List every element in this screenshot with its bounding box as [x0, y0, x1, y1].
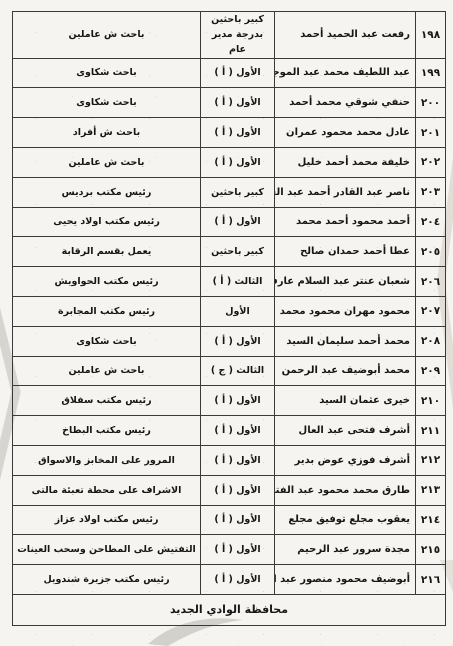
grade-cell: الأول ( أ ) [201, 207, 275, 237]
position-cell: المرور على المخابز والاسواق [13, 445, 201, 475]
employee-name-cell: محمود مهران محمود محمد [275, 296, 416, 326]
employee-name-cell: عادل محمد محمود عمران [275, 118, 416, 148]
scanned-document-page: { "table": { "rows": [ {"no":"١٩٨","name… [0, 0, 453, 646]
table-row: ٢٠٦شعبان عنتر عبد السلام عارفالثالث ( أ … [13, 267, 446, 297]
grade-cell: الأول ( أ ) [201, 535, 275, 565]
table-footer-row: محافظة الوادي الجديد [13, 594, 446, 625]
grade-cell: الأول ( أ ) [201, 326, 275, 356]
position-cell: التفتيش على المطاحن وسحب العينات [13, 535, 201, 565]
table-row: ٢٠٢خليفة محمد أحمد خليلالأول ( أ )باحث ش… [13, 147, 446, 177]
grade-cell: كبير باحثينبدرجة مدير عام [201, 12, 275, 59]
table-row: ٢٠٧محمود مهران محمود محمدالأولرئيس مكتب … [13, 296, 446, 326]
position-cell: رئيس مكتب الحواويش [13, 267, 201, 297]
serial-number-cell: ٢١٠ [416, 386, 446, 416]
serial-number-cell: ٢٠٢ [416, 147, 446, 177]
grade-cell: الأول ( أ ) [201, 505, 275, 535]
serial-number-cell: ٢٠٦ [416, 267, 446, 297]
table-row: ٢١٢أشرف فوزي عوض بديرالأول ( أ )المرور ع… [13, 445, 446, 475]
grade-cell: الثالث ( أ ) [201, 267, 275, 297]
employee-name-cell: عبد اللطيف محمد عبد الموجود محمد [275, 58, 416, 88]
employee-name-cell: ناصر عبد القادر أحمد عبد القادر [275, 177, 416, 207]
serial-number-cell: ٢١٦ [416, 565, 446, 595]
serial-number-cell: ٢١١ [416, 416, 446, 446]
serial-number-cell: ٢١٣ [416, 475, 446, 505]
grade-cell: الأول ( أ ) [201, 88, 275, 118]
position-cell: باحث شكاوى [13, 326, 201, 356]
position-cell: باحث ش عاملين [13, 356, 201, 386]
grade-cell: الأول ( أ ) [201, 147, 275, 177]
table-row: ٢٠٩محمد أبوضيف عبد الرحمنالثالث ( ج )باح… [13, 356, 446, 386]
employee-name-cell: يعقوب مجلع توفيق مجلع [275, 505, 416, 535]
position-cell: باحث ش عاملين [13, 12, 201, 59]
employee-name-cell: حنفي شوقي محمد أحمد [275, 88, 416, 118]
employee-name-cell: أحمد محمود أحمد محمد [275, 207, 416, 237]
grade-line-1: كبير باحثين [204, 12, 271, 27]
table-row: ٢١٥مجدة سرور عبد الرحيمالأول ( أ )التفتي… [13, 535, 446, 565]
employee-name-cell: أشرف فوزي عوض بدير [275, 445, 416, 475]
employee-name-cell: مجدة سرور عبد الرحيم [275, 535, 416, 565]
employee-name-cell: أشرف فتحى عبد العال [275, 416, 416, 446]
position-cell: رئيس مكتب جزيرة شندويل [13, 565, 201, 595]
serial-number-cell: ٢٠٨ [416, 326, 446, 356]
table-row: ٢١١أشرف فتحى عبد العالالأول ( أ )رئيس مك… [13, 416, 446, 446]
employee-name-cell: طارق محمد محمود عبد الفتاح [275, 475, 416, 505]
table-row: ٢٠٣ناصر عبد القادر أحمد عبد القادركبير ب… [13, 177, 446, 207]
employee-name-cell: خيرى عثمان السيد [275, 386, 416, 416]
table-row: ٢١٤يعقوب مجلع توفيق مجلعالأول ( أ )رئيس … [13, 505, 446, 535]
grade-cell: الثالث ( ج ) [201, 356, 275, 386]
serial-number-cell: ٢٠٥ [416, 237, 446, 267]
grade-cell: الأول ( أ ) [201, 475, 275, 505]
table-row: ٢٠٨محمد أحمد سليمان السيدالأول ( أ )باحث… [13, 326, 446, 356]
employee-name-cell: شعبان عنتر عبد السلام عارف [275, 267, 416, 297]
grade-line-2: بدرجة مدير عام [204, 27, 271, 57]
serial-number-cell: ٢٠٧ [416, 296, 446, 326]
position-cell: رئيس مكتب سفلاق [13, 386, 201, 416]
grade-cell: الأول ( أ ) [201, 416, 275, 446]
serial-number-cell: ٢٠٠ [416, 88, 446, 118]
position-cell: باحث ش أفراد [13, 118, 201, 148]
footer-governorate-label: محافظة الوادي الجديد [13, 594, 446, 625]
employee-name-cell: أبوضيف محمود منصور عبد العال [275, 565, 416, 595]
position-cell: باحث شكاوى [13, 88, 201, 118]
position-cell: يعمل بقسم الرقابة [13, 237, 201, 267]
position-cell: رئيس مكتب برديس [13, 177, 201, 207]
position-cell: باحث ش عاملين [13, 147, 201, 177]
grade-cell: الأول ( أ ) [201, 565, 275, 595]
serial-number-cell: ٢٠٤ [416, 207, 446, 237]
position-cell: رئيس مكتب اولاد عزاز [13, 505, 201, 535]
serial-number-cell: ٢١٢ [416, 445, 446, 475]
position-cell: رئيس مكتب البطاخ [13, 416, 201, 446]
grade-cell: كبير باحثين [201, 177, 275, 207]
grade-cell: كبير باحثين [201, 237, 275, 267]
table-body: ١٩٨رفعت عبد الحميد أحمدكبير باحثينبدرجة … [13, 12, 446, 595]
employee-name-cell: محمد أحمد سليمان السيد [275, 326, 416, 356]
serial-number-cell: ٢١٤ [416, 505, 446, 535]
employee-name-cell: خليفة محمد أحمد خليل [275, 147, 416, 177]
serial-number-cell: ٢٠٩ [416, 356, 446, 386]
employee-name-cell: محمد أبوضيف عبد الرحمن [275, 356, 416, 386]
table-row: ١٩٨رفعت عبد الحميد أحمدكبير باحثينبدرجة … [13, 12, 446, 59]
grade-cell: الأول ( أ ) [201, 386, 275, 416]
employee-name-cell: عطا أحمد حمدان صالح [275, 237, 416, 267]
table-row: ٢٠٤أحمد محمود أحمد محمدالأول ( أ )رئيس م… [13, 207, 446, 237]
table-row: ٢٠٥عطا أحمد حمدان صالحكبير باحثينيعمل بق… [13, 237, 446, 267]
table-row: ٢١٦أبوضيف محمود منصور عبد العالالأول ( أ… [13, 565, 446, 595]
grade-cell: الأول ( أ ) [201, 118, 275, 148]
table-row: ٢١٠خيرى عثمان السيدالأول ( أ )رئيس مكتب … [13, 386, 446, 416]
position-cell: رئيس مكتب اولاد يحيى [13, 207, 201, 237]
grade-cell: الأول ( أ ) [201, 445, 275, 475]
employee-name-cell: رفعت عبد الحميد أحمد [275, 12, 416, 59]
table-row: ١٩٩عبد اللطيف محمد عبد الموجود محمدالأول… [13, 58, 446, 88]
table-row: ٢٠١عادل محمد محمود عمرانالأول ( أ )باحث … [13, 118, 446, 148]
position-cell: باحث شكاوى [13, 58, 201, 88]
position-cell: رئيس مكتب المجابرة [13, 296, 201, 326]
serial-number-cell: ٢١٥ [416, 535, 446, 565]
table-row: ٢١٣طارق محمد محمود عبد الفتاحالأول ( أ )… [13, 475, 446, 505]
position-cell: الاشراف على محطة تعبئة مالتى [13, 475, 201, 505]
grade-cell: الأول ( أ ) [201, 58, 275, 88]
table-row: ٢٠٠حنفي شوقي محمد أحمدالأول ( أ )باحث شك… [13, 88, 446, 118]
serial-number-cell: ٢٠١ [416, 118, 446, 148]
serial-number-cell: ٢٠٣ [416, 177, 446, 207]
serial-number-cell: ١٩٨ [416, 12, 446, 59]
personnel-table: ١٩٨رفعت عبد الحميد أحمدكبير باحثينبدرجة … [12, 11, 446, 626]
serial-number-cell: ١٩٩ [416, 58, 446, 88]
grade-cell: الأول [201, 296, 275, 326]
